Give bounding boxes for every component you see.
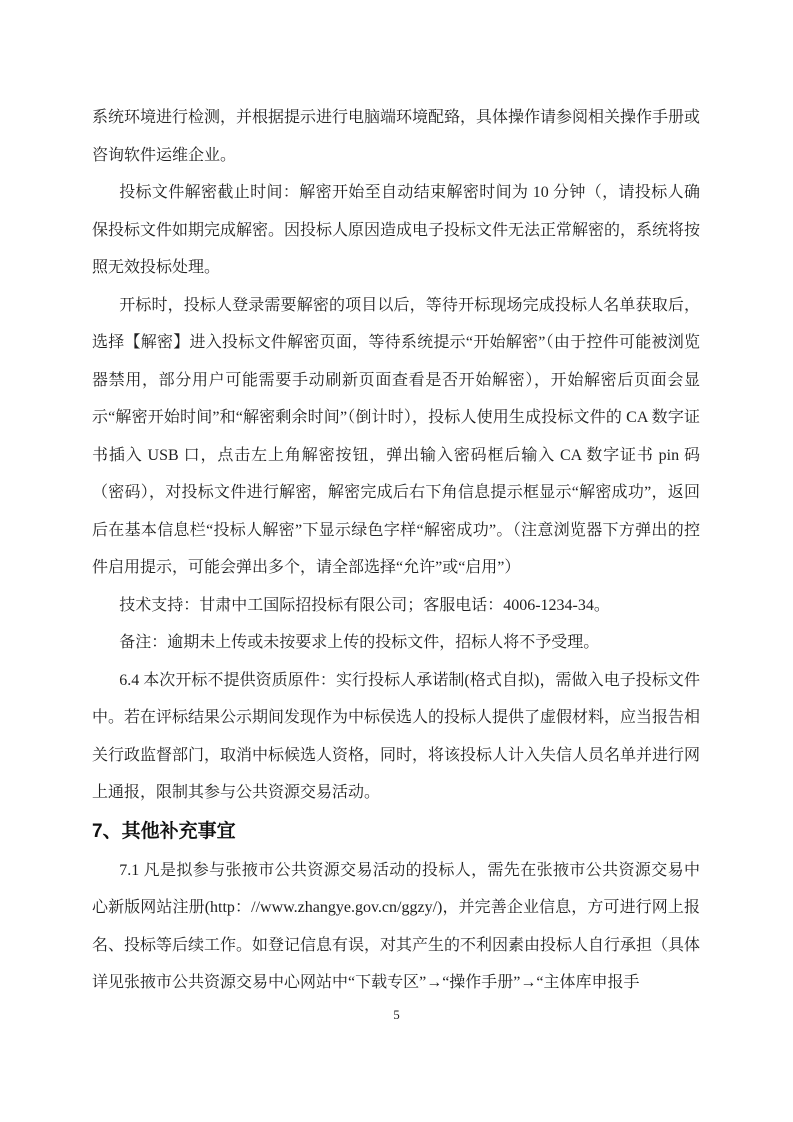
page-body-text: 系统环境进行检测，并根据提示进行电脑端环境配臵，具体操作请参阅相关操作手册或咨询… bbox=[92, 99, 700, 1002]
document-page: 系统环境进行检测，并根据提示进行电脑端环境配臵，具体操作请参阅相关操作手册或咨询… bbox=[0, 0, 793, 1122]
paragraph: 开标时，投标人登录需要解密的项目以后，等待开标现场完成投标人名单获取后，选择【解… bbox=[92, 287, 700, 587]
paragraph: 系统环境进行检测，并根据提示进行电脑端环境配臵，具体操作请参阅相关操作手册或咨询… bbox=[92, 99, 700, 174]
page-number: 5 bbox=[0, 1005, 793, 1025]
section-heading: 7、其他补充事宜 bbox=[92, 812, 700, 852]
paragraph: 备注：逾期未上传或未按要求上传的投标文件，招标人将不予受理。 bbox=[92, 624, 700, 662]
paragraph: 6.4 本次开标不提供资质原件：实行投标人承诺制(格式自拟)，需做入电子投标文件… bbox=[92, 662, 700, 812]
paragraph: 7.1 凡是拟参与张掖市公共资源交易活动的投标人，需先在张掖市公共资源交易中心新… bbox=[92, 852, 700, 1002]
paragraph: 投标文件解密截止时间：解密开始至自动结束解密时间为 10 分钟（，请投标人确保投… bbox=[92, 174, 700, 287]
paragraph: 技术支持：甘肃中工国际招投标有限公司；客服电话：4006-1234-34。 bbox=[92, 587, 700, 625]
